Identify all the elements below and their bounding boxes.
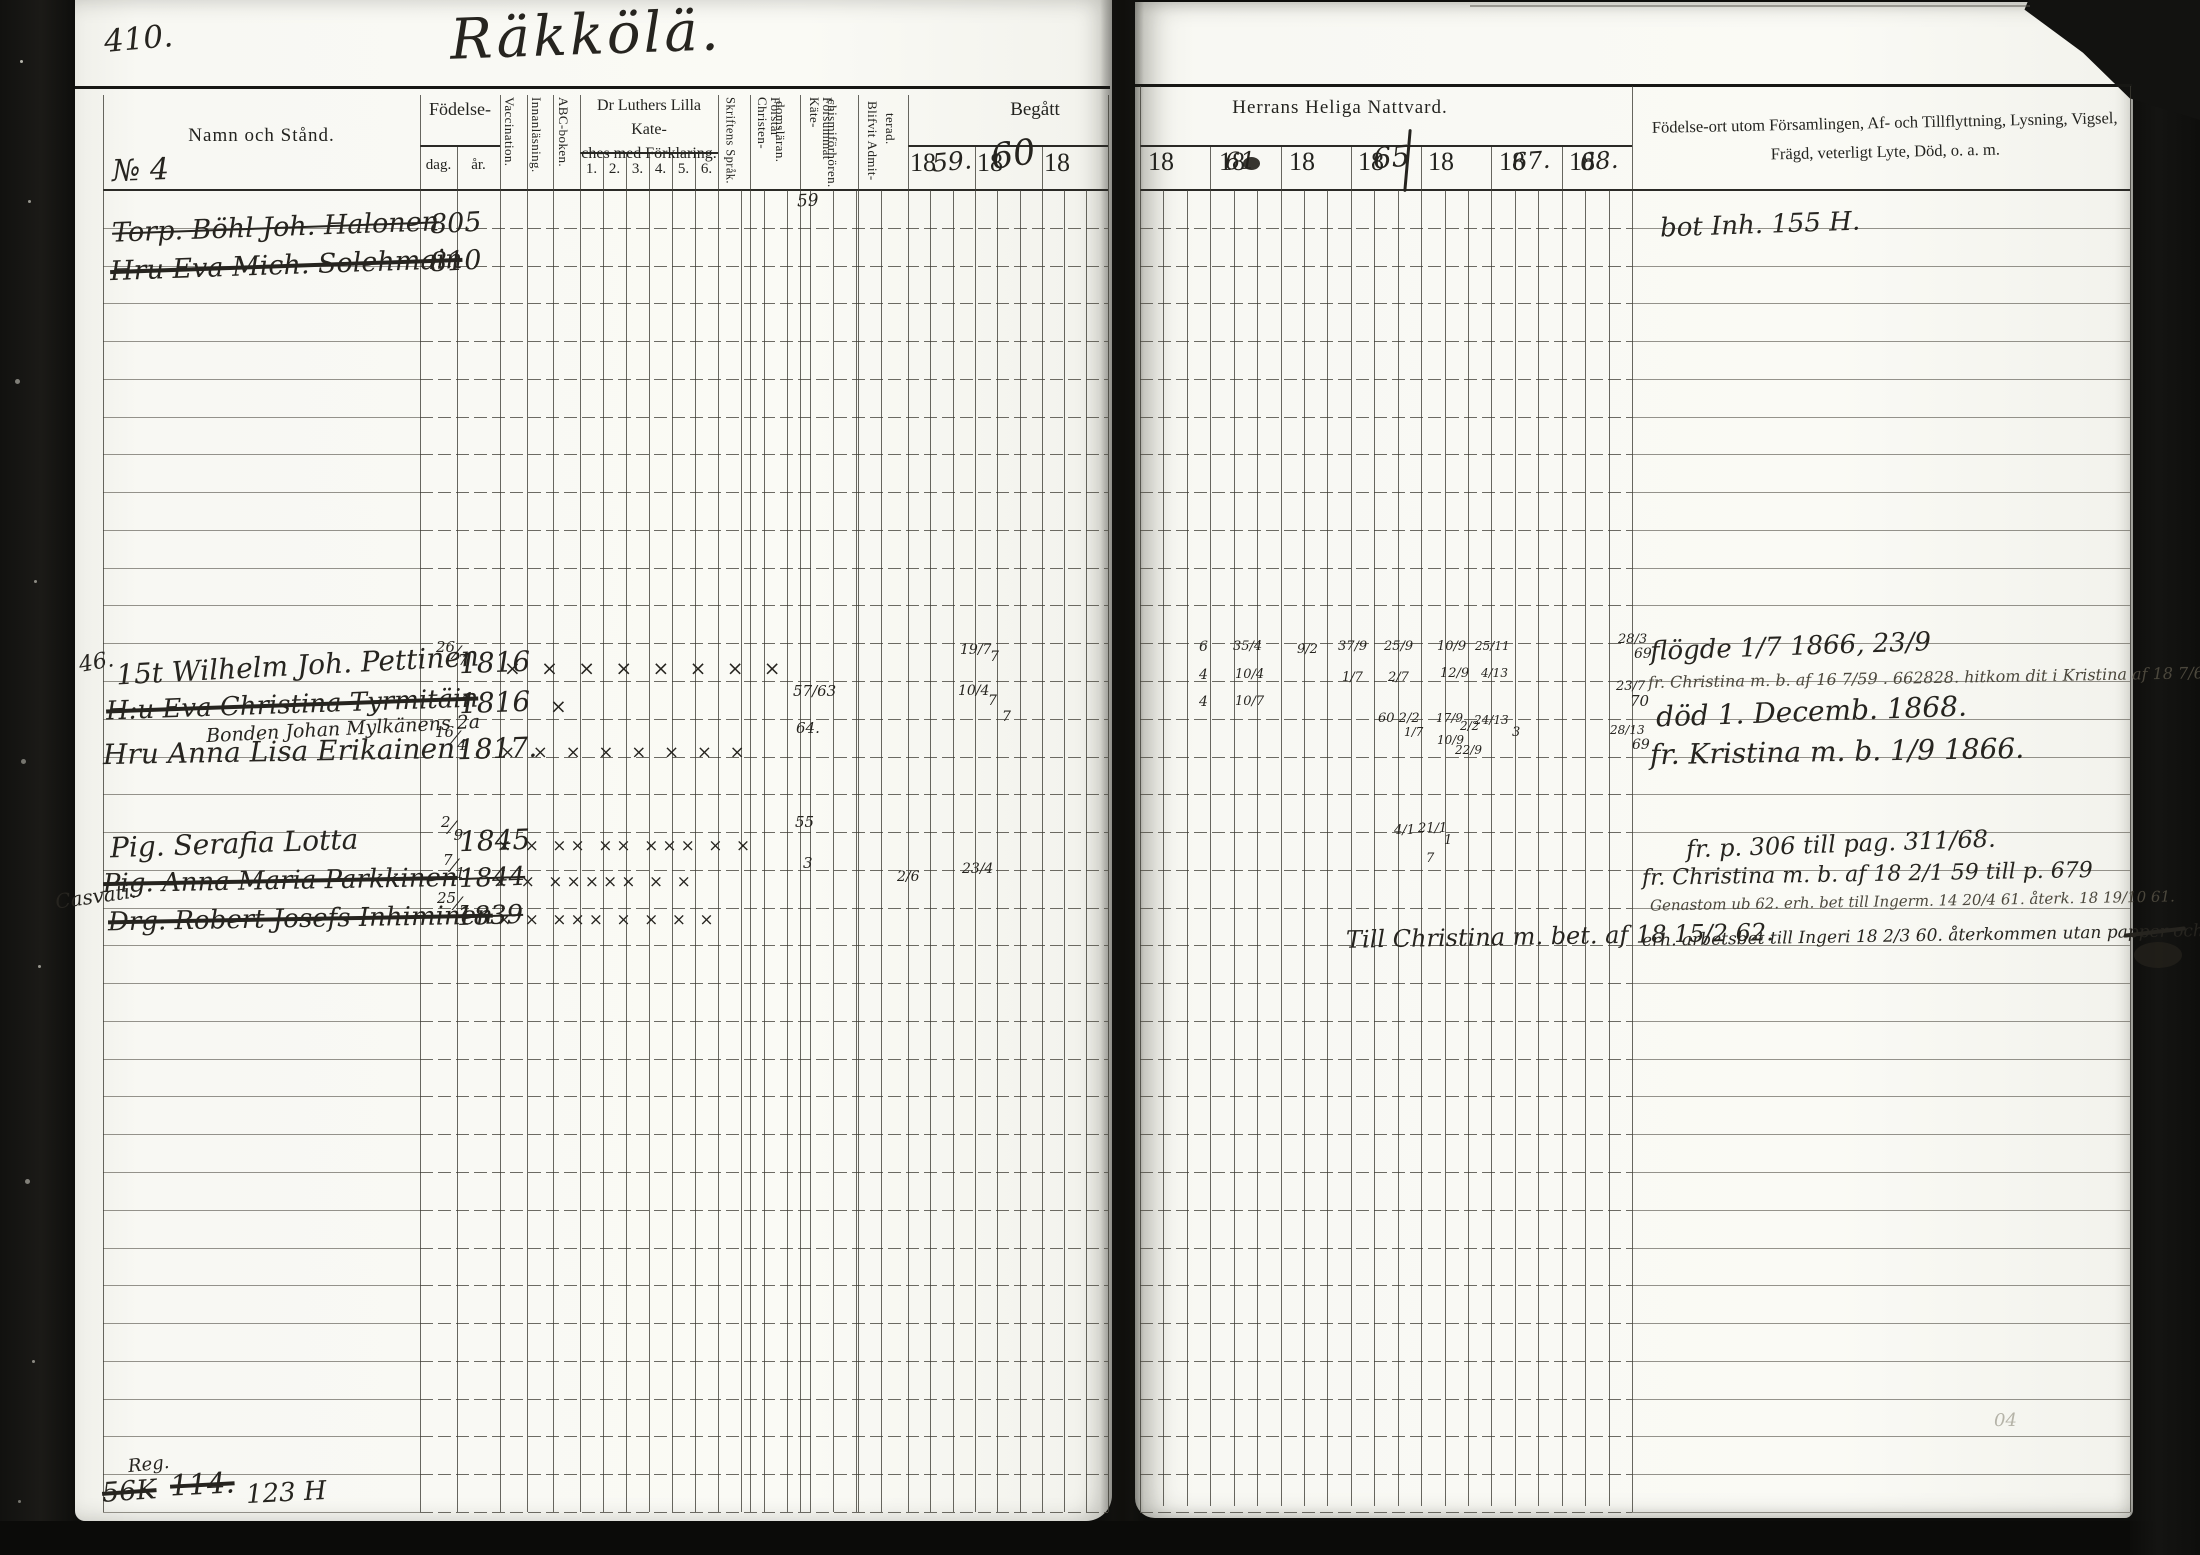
grid-line [103,95,104,1512]
begatt-year: 18 [977,150,1003,176]
grid-mark: 64. [796,721,820,736]
scanned-church-ledger: Namn och Stånd. Födelse- dag. år. Vaccin… [0,0,2200,1555]
grid-line [930,190,931,1512]
grid-line [1140,870,1632,871]
kateches-marks: × × ××××× × × [493,874,695,891]
grid-line [103,492,420,493]
grid-line [1632,1474,2130,1475]
grid-mark: 35/4 [1233,640,1262,653]
grid-line [800,95,801,1512]
column-header-vaccination: Vaccination. [503,97,516,189]
grid-line [858,95,859,1512]
grid-mark: 4/1 [1394,824,1415,837]
grid-line [1140,1096,1632,1097]
grid-line [103,530,420,531]
grid-line [103,1021,420,1022]
kateches-col: 4. [649,160,672,180]
bottom-note: 123 H [245,1478,327,1508]
grid-mark: 24/13 [1474,714,1509,726]
grid-line [1632,1096,2130,1097]
kateches-col: 6. [695,160,718,180]
column-header-fodelse: Födelse- [420,98,500,121]
grid-line [810,190,811,1512]
margin-number: 46. [77,649,115,677]
header-mark: 59 [797,192,820,210]
grid-line [580,95,581,1512]
grid-line [1351,190,1352,1506]
grid-mark: 7 [1002,710,1011,724]
kateches-marks: × × × × × × × × [504,658,788,678]
grid-line [1632,1248,2130,1249]
column-header-nattvard: Herrans Heliga Nattvard. [1200,96,1480,121]
grid-line [1187,190,1188,1506]
entry-name: Drg. Robert Josefs Inhiminen [108,903,493,936]
grid-line [764,190,765,1512]
grid-mark: 10/9 [1437,640,1466,653]
margin-date: 69 [1632,738,1650,752]
grid-line [420,1512,1108,1513]
grid-line [1632,1285,2130,1286]
grid-mark: 4 [1199,668,1208,682]
grid-line [953,190,954,1512]
grid-line [1140,303,1632,304]
grid-line [1632,794,2130,795]
grid-line [908,95,909,1512]
nattvard-year: 18 [1289,149,1315,175]
grid-line [75,86,1110,89]
nattvard-year: 18 [1148,149,1174,175]
grid-line [1327,190,1328,1506]
grid-line [103,1248,420,1249]
grid-mark: 21/1 [1418,822,1447,835]
grid-line [1140,1134,1632,1135]
grid-line [1140,1474,1632,1475]
grid-mark: 3 [1512,726,1520,739]
grid-line [1140,1436,1632,1437]
grid-line [1374,190,1375,1506]
grid-line [1140,832,1632,833]
grid-line [1632,1210,2130,1211]
grid-line [1140,228,1632,229]
grid-line [103,454,420,455]
grid-line [1140,341,1632,342]
grid-line [1140,908,1632,909]
grid-line [1140,379,1632,380]
grid-line [103,303,420,304]
grid-mark: 1/7 [1404,726,1423,738]
grid-line [1234,190,1235,1506]
grid-line [103,1096,420,1097]
grid-line [420,145,500,147]
grid-line [1632,303,2130,304]
grid-line [1140,492,1632,493]
kateches-col: 3. [626,160,649,180]
grid-line [1562,190,1563,1506]
grid-line [103,1172,420,1173]
grid-line [553,95,554,1512]
grid-line [2130,86,2131,1512]
grid-line [1632,605,2130,606]
grid-line [1140,1512,1632,1513]
grid-line [1562,147,1563,190]
grid-line [420,95,421,1512]
grid-mark: 37/9 [1338,640,1367,653]
grid-mark: 6 [1199,640,1208,654]
faint-number: 04 [1994,1412,2017,1430]
kateches-marks: × [550,696,567,716]
grid-mark: 10/7 [1235,695,1264,708]
column-header-blifvit-2: terad. [884,113,897,205]
grid-line [695,154,696,1512]
grid-line [1585,190,1586,1506]
nattvard-year: 18 [1499,149,1525,175]
kateches-marks: × × ×× ×× ××× × × [497,838,754,855]
column-header-abc-boken: ABC-boken. [557,97,570,189]
grid-line [1304,190,1305,1506]
page-number: 410. [103,21,174,58]
grid-mark: 10/4 [1235,668,1264,681]
grid-mark: 1/7 [1342,671,1363,684]
grid-mark: 55 [795,815,814,830]
grid-line [103,379,420,380]
kateches-col: 2. [603,160,626,180]
grid-mark: 7 [988,694,997,708]
grid-line [1468,190,1469,1506]
begatt-year: 18 [910,150,936,176]
kateches-line1: Dr Luthers Lilla Kate- [580,94,718,142]
grid-line [1140,1285,1632,1286]
grid-mark: 3 [803,856,813,871]
grid-mark: 2/6 [897,870,920,884]
grid-line [1140,1210,1632,1211]
grid-line [1609,190,1610,1506]
note: fr. Kristina m. b. 1/9 1866. [1650,735,2025,770]
grid-mark: 19/7 [960,643,991,657]
note: bot Inh. 155 H. [1660,209,1861,242]
grid-line [1632,1021,2130,1022]
grid-mark: 2/7 [1388,671,1409,684]
grid-line [603,154,604,1512]
entry-number: № 4 [111,155,169,187]
grid-line [1140,417,1632,418]
grid-line [1632,1361,2130,1362]
grid-line [1064,190,1065,1512]
grid-line [1538,190,1539,1506]
grid-line [626,154,627,1512]
grid-line [1140,1059,1632,1060]
column-header-kateches: Dr Luthers Lilla Kate- ches med Förklari… [580,94,718,166]
grid-line [103,1210,420,1211]
birth-year: 805 [429,209,482,239]
grid-mark: 57/63 [793,684,836,699]
grid-mark: 23/4 [962,862,993,876]
grid-mark: 22/9 [1455,744,1482,756]
grid-mark: 7 [1426,852,1434,865]
grid-line [1140,454,1632,455]
begatt-year: 18 [1044,150,1070,176]
grid-line [787,190,788,1512]
grid-line [1140,266,1632,267]
grid-mark: 9/2 [1297,643,1318,656]
grid-line [1140,189,2130,191]
grid-line [856,190,857,1512]
grid-line [1632,417,2130,418]
parish-title: Räkkölä. [449,3,722,68]
grid-line [750,95,751,1512]
grid-line [1632,266,2130,267]
grid-line [997,190,998,1512]
grid-line [103,945,420,946]
grid-mark: 4 [1199,695,1208,709]
grid-line [1632,983,2130,984]
ink-blot [1243,157,1260,170]
grid-line [1140,530,1632,531]
grid-line [1210,147,1211,190]
column-header-begatt: Begått [955,98,1115,123]
grid-line [500,95,501,1512]
grid-line [1632,341,2130,342]
kateches-col: 1. [580,160,603,180]
grid-line [1491,190,1492,1506]
column-header-namn: Namn och Stånd. [103,124,420,149]
grid-mark: 17/9 [1436,712,1463,724]
grid-line [1632,568,2130,569]
grid-line [975,147,976,1512]
grid-line [103,1285,420,1286]
grid-line [1515,190,1516,1506]
grid-line [1086,190,1087,1512]
grid-line [103,341,420,342]
edge-scribble [2134,942,2182,968]
grid-mark: 12/9 [1440,667,1469,680]
column-header-skriftens: Skriftens Språk. [724,97,737,189]
grid-line [1281,190,1282,1506]
begatt-year-suffix: 59. [931,147,973,175]
entry-name: Pig. Serafia Lotta [110,826,359,863]
entry-name: Pig. Anna Maria Parkkinen [103,865,458,897]
column-header-info: Födelse-ort utom Församlingen, Af- och T… [1642,107,2129,168]
grid-line [103,983,420,984]
margin-date: 28/3 [1618,633,1647,646]
grid-mark: 60 2/2 [1378,712,1420,725]
grid-line [1135,84,2132,87]
grid-line [103,1399,420,1400]
grid-line [1632,379,2130,380]
grid-line [1140,1399,1632,1400]
grid-line [881,190,882,1512]
grid-mark: 25/9 [1384,640,1413,653]
grid-line [1632,530,2130,531]
grid-line [1210,190,1211,1506]
kateches-marks: × × × × × × × × [500,744,751,762]
grid-line [103,417,420,418]
nattvard-year: 18 [1569,149,1595,175]
grid-line [103,1512,420,1513]
grid-line [103,568,420,569]
nattvard-year: 18 [1428,149,1454,175]
grid-line [103,605,420,606]
grid-line [103,1323,420,1324]
grid-line [1632,1134,2130,1135]
grid-mark: 4/13 [1481,667,1508,679]
nattvard-year: 18 [1219,149,1245,175]
grid-line [1632,1436,2130,1437]
grid-mark: 25/11 [1475,640,1510,652]
grid-line [1491,147,1492,190]
column-header-forsummat-2: chismiförhören. [826,99,839,191]
grid-line [103,794,420,795]
grid-line [1445,190,1446,1506]
grid-line [1632,1323,2130,1324]
column-header-forstar-2: domsläran. [774,101,787,193]
grid-line [1632,1172,2130,1173]
grid-line [1140,605,1632,606]
column-header-blifvit-1: Blifvit Admit- [866,101,879,193]
grid-line [1140,681,1632,682]
page-edge-line [1470,5,2030,7]
birth-year: 810 [429,247,482,277]
bottom-note: 56K [101,1476,157,1507]
bottom-note: 114. [169,1468,235,1500]
grid-line [1632,1512,2130,1513]
kateches-col: 5. [672,160,695,180]
grid-line [103,1134,420,1135]
kateches-marks: × × ××× × × × × [497,912,718,929]
grid-line [649,154,650,1512]
grid-line [1632,86,1633,1512]
grid-line [1140,1323,1632,1324]
column-header-dag: dag. [420,156,457,176]
grid-line [1140,757,1632,758]
grid-line [1632,492,2130,493]
grid-line [527,95,528,1512]
grid-line [1140,1021,1632,1022]
grid-mark: 1 [1444,834,1452,847]
margin-date: 70 [1630,694,1649,709]
grid-mark: 7 [990,650,999,664]
grid-line [1140,568,1632,569]
kateches-subcolumns: 1. 2. 3. 4. 5. 6. [580,160,718,180]
entry-name: Hru Anna Lisa Erikainen [103,735,456,769]
grid-line [1398,190,1399,1506]
grid-line [1042,147,1043,1512]
grid-line [1632,1059,2130,1060]
grid-mark: 10/4 [958,684,989,698]
grid-line [103,1059,420,1060]
grid-line [1140,794,1632,795]
grid-line [103,189,1108,191]
nattvard-year: 18 [1358,149,1384,175]
grid-line [1163,190,1164,1506]
grid-line [1257,190,1258,1506]
grid-line [1140,1361,1632,1362]
grid-line [672,154,673,1512]
margin-date: 28/13 [1610,724,1645,736]
grid-line [833,190,834,1512]
bottom-note: Reg. [127,1454,170,1476]
grid-line [1351,147,1352,190]
bottom-scan-edge [0,1521,2200,1555]
grid-line [103,1436,420,1437]
grid-line [718,95,719,1512]
grid-line [1632,454,2130,455]
right-scan-edge [2130,0,2200,1555]
grid-line [1632,1399,2130,1400]
left-binding-edge [0,0,75,1555]
grid-line [1108,95,1109,1512]
grid-line [1140,86,1141,1512]
grid-line [1281,147,1282,190]
grid-line [1421,147,1422,190]
grid-line [1140,983,1632,984]
column-header-ar: år. [457,156,500,176]
column-header-innanlasning: Innanläsning. [530,97,543,189]
grid-line [1421,190,1422,1506]
grid-line [1140,1172,1632,1173]
grid-line [103,1361,420,1362]
grid-line [1140,1248,1632,1249]
grid-line [1020,190,1021,1512]
